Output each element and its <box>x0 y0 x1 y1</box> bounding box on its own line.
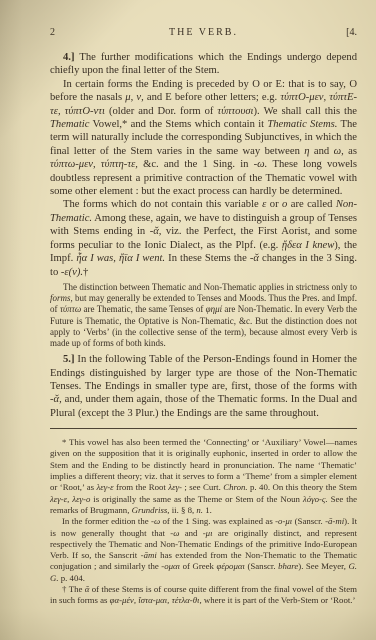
text-run: p. 40. On this theory the Stem <box>248 482 357 492</box>
text-run: -ω. <box>254 159 268 170</box>
text-run: n. <box>196 505 203 515</box>
text-run: of Greek <box>180 561 216 571</box>
text-run: † The <box>62 584 85 594</box>
text-run: forms, <box>50 293 73 303</box>
paragraph-thematic-vowel: In certain forms the Ending is preceded … <box>50 78 357 199</box>
text-run: -ā-mi <box>325 516 344 526</box>
text-run: The distinction between Thematic and Non… <box>63 282 357 292</box>
paragraph-non-thematic: The forms which do not contain this vari… <box>50 198 357 278</box>
paragraph-section-4: 4.] The further modifications which the … <box>50 51 357 78</box>
text-run: Grundriss, <box>132 505 170 515</box>
paragraph-small-type-note: The distinction between Thematic and Non… <box>50 282 357 349</box>
text-run: 5.] <box>63 354 74 365</box>
page-body: 4.] The further modifications which the … <box>50 51 357 420</box>
text-run: where it is part of the Verb-Stem or ‘Ro… <box>202 595 356 605</box>
text-run: and, under them again, those of the Them… <box>50 394 357 418</box>
footnote-dagger: † The ᾰ of these Stems is of course quit… <box>50 584 357 607</box>
text-run: from the Root <box>114 482 169 492</box>
text-run: 1. <box>203 505 212 515</box>
text-run: p. 404. <box>59 573 85 583</box>
paragraph-section-5: 5.] In the following Table of the Person… <box>50 353 357 420</box>
text-run: λεγ-ε, λεγ-ο <box>50 494 90 504</box>
page-number: 2 <box>50 27 55 41</box>
text-run: -āmi <box>141 550 157 560</box>
footnote-former-edition: In the former edition the -ω of the 1 Si… <box>50 516 357 584</box>
text-run: In the following Table of the Person-End… <box>50 354 357 392</box>
text-run: λόγο-ς. <box>303 494 328 504</box>
text-run: -ᾰ, <box>150 226 162 237</box>
footnotes-area: * This vowel has also been termed the ‘C… <box>50 437 357 606</box>
text-run: (older and Dor. form of <box>105 106 217 117</box>
text-run: λεγ- <box>168 482 182 492</box>
text-run: of the 1 Sing. was explained as <box>160 516 275 526</box>
text-run: &c. and the 1 Sing. in <box>138 159 254 170</box>
text-run: -ω <box>151 516 160 526</box>
running-title: THE VERB. <box>169 27 238 38</box>
text-run: bhare <box>278 561 298 571</box>
text-run: τύπτω-μεν, τύπτη-τε, <box>50 159 138 170</box>
text-run: ᾔδεα I knew <box>282 240 334 251</box>
text-run: -μι <box>203 528 213 538</box>
text-run: as <box>344 146 357 157</box>
book-page-scan: 2 THE VERB. [4. 4.] The further modifica… <box>0 0 376 640</box>
text-run: (Sanscr. <box>245 561 278 571</box>
text-run: λεγ-ε <box>96 482 113 492</box>
text-run: In these Stems the <box>165 253 250 264</box>
text-run: φημί <box>206 304 222 314</box>
text-run: -ε(ν). <box>61 267 83 278</box>
text-run: -ο-μι <box>275 516 292 526</box>
text-run: ἦα I was, ἤϊα I went. <box>76 253 165 264</box>
text-run: -ομαι <box>161 561 180 571</box>
text-run: Vowel,* and the Stems which contain it <box>89 119 267 130</box>
text-run: The forms which do not contain this vari… <box>63 199 262 210</box>
text-run: and E before other letters; e.g. <box>144 92 281 103</box>
text-run: or <box>266 199 282 210</box>
text-run: ). See Meyer, <box>298 561 348 571</box>
text-run: and <box>310 146 334 157</box>
footnote-asterisk: * This vowel has also been termed the ‘C… <box>50 437 357 516</box>
text-run: μ, ν, <box>125 92 143 103</box>
footnote-separator-rule <box>50 428 357 429</box>
text-run: is originally the same as the Theme or S… <box>90 494 303 504</box>
text-run: -ᾰ, <box>50 394 62 405</box>
text-run: † <box>83 267 88 278</box>
text-run: ω, <box>334 146 344 157</box>
text-run: 4.] <box>63 52 74 63</box>
text-run: are called <box>287 199 335 210</box>
text-run: φα-μέν, ἵστα-μαι, τέτλα-θι, <box>110 595 202 605</box>
text-run: ii. § 8, <box>170 505 197 515</box>
text-run: (Sanscr. <box>292 516 325 526</box>
text-run: The further modifications which the Endi… <box>50 52 357 76</box>
text-run: -ᾰ <box>250 253 259 264</box>
text-run: In the former edition the <box>62 516 151 526</box>
text-run: τύπτουσι <box>217 106 253 117</box>
text-run: are Thematic, the same Tenses of <box>81 304 205 314</box>
text-run: φέρομαι <box>216 561 244 571</box>
page-header: 2 THE VERB. [4. <box>50 27 357 41</box>
text-run: ). We shall call this the <box>254 106 357 117</box>
text-run: Thematic <box>50 119 89 130</box>
section-reference: [4. <box>346 27 357 41</box>
text-run: Thematic Stems. <box>267 119 337 130</box>
text-run: Chron. <box>223 482 247 492</box>
text-run: ; see Curt. <box>182 482 223 492</box>
text-run: τύπτω <box>60 304 81 314</box>
text-run: and <box>179 528 202 538</box>
